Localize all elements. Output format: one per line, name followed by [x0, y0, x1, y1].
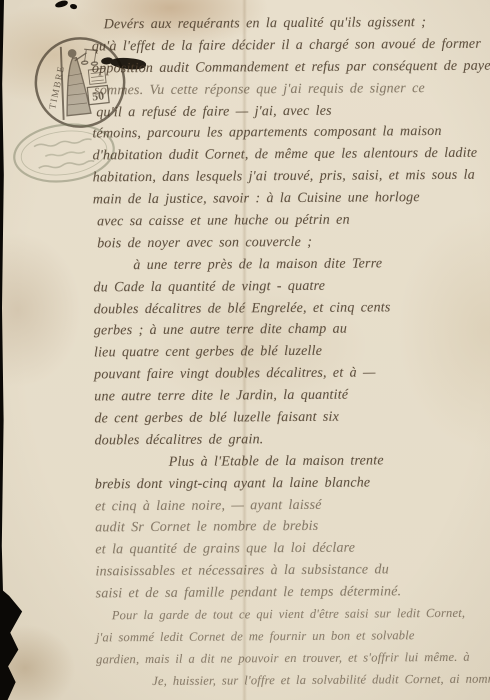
- paper-sheet: TIMBRE 50 Devérs aux requérants en la qu…: [0, 0, 490, 700]
- manuscript-line: Je, huissier, sur l'offre et la solvabil…: [96, 668, 490, 693]
- manuscript-line: à une terre près de la maison dite Terre: [93, 252, 489, 277]
- ink-speck: [54, 0, 68, 8]
- manuscript-line: lieu quatre cent gerbes de blé luzelle: [94, 340, 490, 365]
- manuscript-line: saisi et de sa famille pendant le temps …: [96, 581, 490, 606]
- manuscript-line: qu'à l'effet de la faire décider il a ch…: [92, 34, 488, 59]
- manuscript-line: Devérs aux requérants en la qualité qu'i…: [92, 12, 488, 37]
- manuscript-line: doubles décalitres de grain.: [95, 428, 490, 453]
- manuscript-line: audit Sr Cornet le nombre de brebis: [95, 515, 490, 540]
- manuscript-line: avec sa caisse et une huche ou pétrin en: [93, 209, 489, 234]
- manuscript-line: brebis dont vingt-cinq ayant la laine bl…: [95, 471, 490, 496]
- timbre-stamp-label: TIMBRE: [47, 64, 67, 110]
- manuscript-line: j'ai sommé ledit Cornet de me fournir un…: [96, 625, 490, 650]
- manuscript-line: de cent gerbes de blé luzelle faisant si…: [94, 406, 490, 431]
- scanned-document-page: TIMBRE 50 Devérs aux requérants en la qu…: [0, 0, 490, 700]
- ink-speck: [69, 3, 77, 10]
- manuscript-line: sommes. Vu cette réponse que j'ai requis…: [92, 77, 488, 102]
- manuscript-line: habitation, dans lesquels j'ai trouvé, p…: [93, 165, 489, 190]
- manuscript-line: pouvant faire vingt doubles décalitres, …: [94, 362, 490, 387]
- manuscript-line: doubles décalitres de blé Engrelée, et c…: [94, 296, 490, 321]
- manuscript-line: gerbes ; à une autre terre dite champ au: [94, 318, 490, 343]
- manuscript-line: une autre terre dite le Jardin, la quant…: [94, 384, 490, 409]
- manuscript-line: main de la justice, savoir : à la Cuisin…: [93, 187, 489, 212]
- manuscript-line: et la quantité de grains que la loi décl…: [95, 537, 490, 562]
- manuscript-line: qu'il a refusé de faire — j'ai, avec les: [92, 99, 488, 124]
- manuscript-line: bois de noyer avec son couvercle ;: [93, 231, 489, 256]
- manuscript-line: Plus à l'Etable de la maison trente: [95, 449, 490, 474]
- manuscript-line: d'habitation dudit Cornet, de même que l…: [93, 143, 489, 168]
- manuscript-line: et cinq à laine noire, — ayant laissé: [95, 493, 490, 518]
- manuscript-line: insaisissables et nécessaires à la subsi…: [95, 559, 490, 584]
- manuscript-line: du Cade la quantité de vingt - quatre: [93, 274, 489, 299]
- torn-corner: [0, 588, 27, 700]
- manuscript-line: Pour la garde de tout ce qui vient d'êtr…: [96, 603, 490, 628]
- manuscript-line: opposition audit Commandement et refus p…: [92, 55, 488, 80]
- manuscript-line: gardien, mais il a dit ne pouvoir en tro…: [96, 646, 490, 671]
- manuscript-line: témoins, parcouru les appartements compo…: [92, 121, 488, 146]
- handwritten-text: Devérs aux requérants en la qualité qu'i…: [92, 12, 490, 700]
